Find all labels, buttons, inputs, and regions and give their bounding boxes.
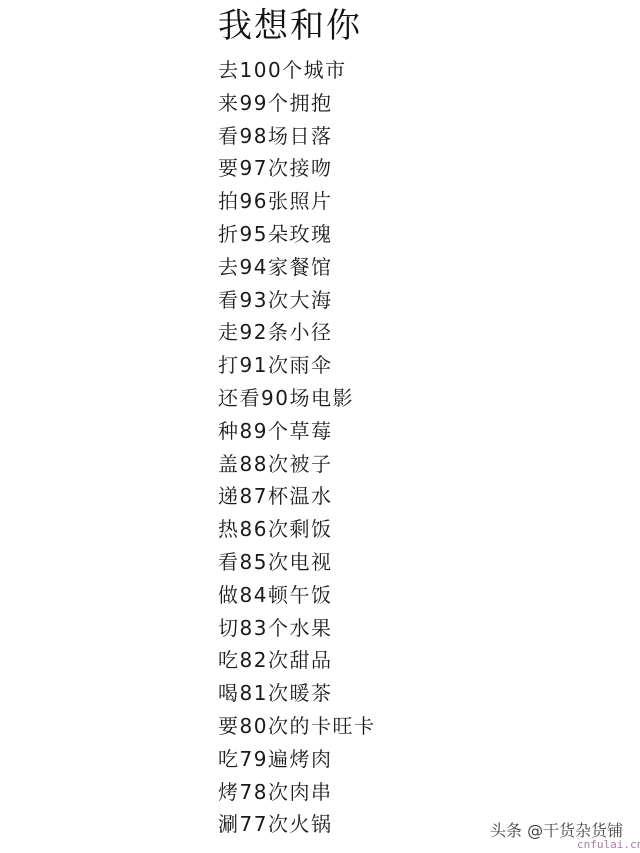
poem-line: 种89个草莓 (218, 415, 375, 448)
poem-line: 看98场日落 (218, 120, 375, 153)
poem-line: 烤78次肉串 (218, 776, 375, 809)
poem-line: 去94家餐馆 (218, 251, 375, 284)
poem-line: 看93次大海 (218, 284, 375, 317)
poem-line: 打91次雨伞 (218, 349, 375, 382)
poem-line: 看85次电视 (218, 546, 375, 579)
poem-line: 去100个城市 (218, 54, 375, 87)
poem-line: 盖88次被子 (218, 448, 375, 481)
poem-line: 吃79遍烤肉 (218, 743, 375, 776)
poem-line: 热86次剩饭 (218, 513, 375, 546)
poem-line: 来99个拥抱 (218, 87, 375, 120)
poem-line: 切83个水果 (218, 612, 375, 645)
poem-line: 做84顿午饭 (218, 579, 375, 612)
poem-line: 要80次的卡旺卡 (218, 710, 375, 743)
watermark-site: cnfulai.cn (577, 838, 640, 851)
poem-line: 喝81次暖茶 (218, 677, 375, 710)
poem-line: 折95朵玫瑰 (218, 218, 375, 251)
poem-line: 涮77次火锅 (218, 808, 375, 841)
poem-line: 吃82次甜品 (218, 644, 375, 677)
poem-line: 递87杯温水 (218, 480, 375, 513)
poem-line: 还看90场电影 (218, 382, 375, 415)
poem-title: 我想和你 (218, 0, 362, 52)
poem-line: 要97次接吻 (218, 152, 375, 185)
poem-lines: 去100个城市 来99个拥抱 看98场日落 要97次接吻 拍96张照片 折95朵… (218, 54, 375, 841)
poem: 我想和你 去100个城市 来99个拥抱 看98场日落 要97次接吻 拍96张照片… (218, 0, 362, 52)
poem-line: 走92条小径 (218, 316, 375, 349)
poem-line: 拍96张照片 (218, 185, 375, 218)
